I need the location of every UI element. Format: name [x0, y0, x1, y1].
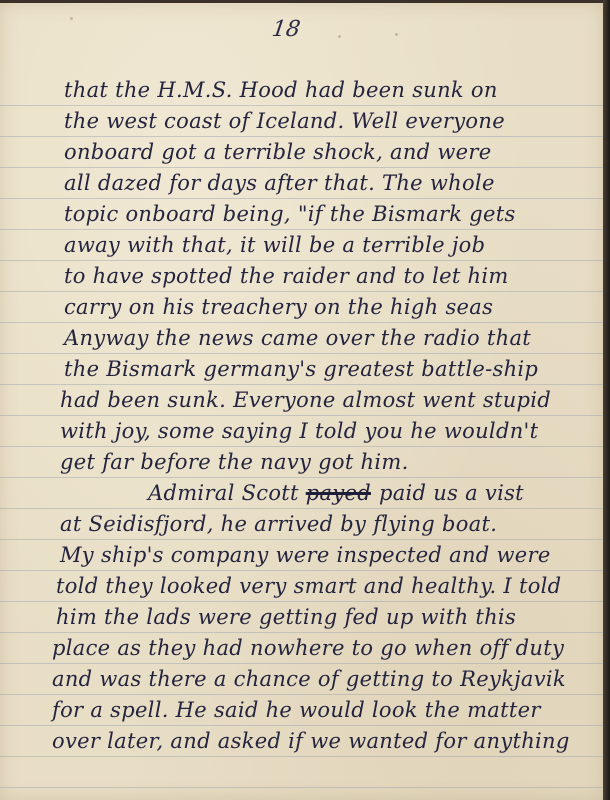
handwritten-line: the west coast of Iceland. Well everyone: [64, 109, 505, 133]
ruled-line: [0, 105, 603, 106]
page-number: 18: [270, 17, 302, 42]
struck-out-word: payed: [306, 481, 371, 505]
handwritten-line: had been sunk. Everyone almost went stup…: [60, 388, 551, 412]
ruled-line: [0, 229, 603, 230]
paper-speck: [70, 17, 73, 20]
ruled-line: [0, 291, 603, 292]
handwritten-line: over later, and asked if we wanted for a…: [52, 729, 570, 753]
handwritten-line: at Seidisfjord, he arrived by flying boa…: [60, 512, 497, 536]
page-right-edge: [603, 0, 610, 800]
ruled-line: [0, 322, 603, 323]
handwritten-line: told they looked very smart and healthy.…: [56, 574, 561, 598]
ruled-line: [0, 384, 603, 385]
line-text: paid us a vist: [379, 481, 524, 505]
handwritten-line: with joy, some saying I told you he woul…: [60, 419, 538, 443]
paper-speck: [338, 35, 341, 38]
handwritten-line: place as they had nowhere to go when off…: [52, 636, 564, 660]
handwritten-line: onboard got a terrible shock, and were: [64, 140, 491, 164]
handwritten-line: My ship's company were inspected and wer…: [60, 543, 551, 567]
handwritten-line: get far before the navy got him.: [60, 450, 409, 474]
ruled-line: [0, 446, 603, 447]
ruled-line: [0, 663, 603, 664]
ruled-line: [0, 136, 603, 137]
handwritten-line: to have spotted the raider and to let hi…: [64, 264, 509, 288]
ruled-line: [0, 198, 603, 199]
ruled-line: [0, 260, 603, 261]
handwritten-line: him the lads were getting fed up with th…: [56, 605, 516, 629]
handwritten-line: and was there a chance of getting to Rey…: [52, 667, 566, 691]
ruled-line: [0, 570, 603, 571]
handwritten-line: all dazed for days after that. The whole: [64, 171, 495, 195]
ruled-line: [0, 632, 603, 633]
handwritten-line: topic onboard being, "if the Bismark get…: [64, 202, 516, 226]
ruled-line: [0, 601, 603, 602]
handwritten-line: that the H.M.S. Hood had been sunk on: [64, 78, 498, 102]
paper-speck: [395, 33, 398, 36]
ruled-line: [0, 756, 603, 757]
handwritten-line: for a spell. He said he would look the m…: [52, 698, 541, 722]
notebook-page: 18 that the H.M.S. Hood had been sunk on…: [0, 3, 603, 800]
handwritten-line: away with that, it will be a terrible jo…: [64, 233, 485, 257]
ruled-line: [0, 353, 603, 354]
handwritten-line: Anyway the news came over the radio that: [64, 326, 531, 350]
handwritten-line-with-strikeout: Admiral Scott payedpaid us a vist: [148, 481, 524, 505]
ruled-line: [0, 787, 603, 788]
ruled-line: [0, 694, 603, 695]
ruled-line: [0, 477, 603, 478]
handwritten-line: the Bismark germany's greatest battle-sh…: [64, 357, 538, 381]
ruled-line: [0, 539, 603, 540]
handwritten-line: carry on his treachery on the high seas: [64, 295, 493, 319]
line-text: Admiral Scott: [148, 481, 299, 505]
ruled-line: [0, 508, 603, 509]
ruled-line: [0, 415, 603, 416]
ruled-line: [0, 167, 603, 168]
ruled-line: [0, 725, 603, 726]
